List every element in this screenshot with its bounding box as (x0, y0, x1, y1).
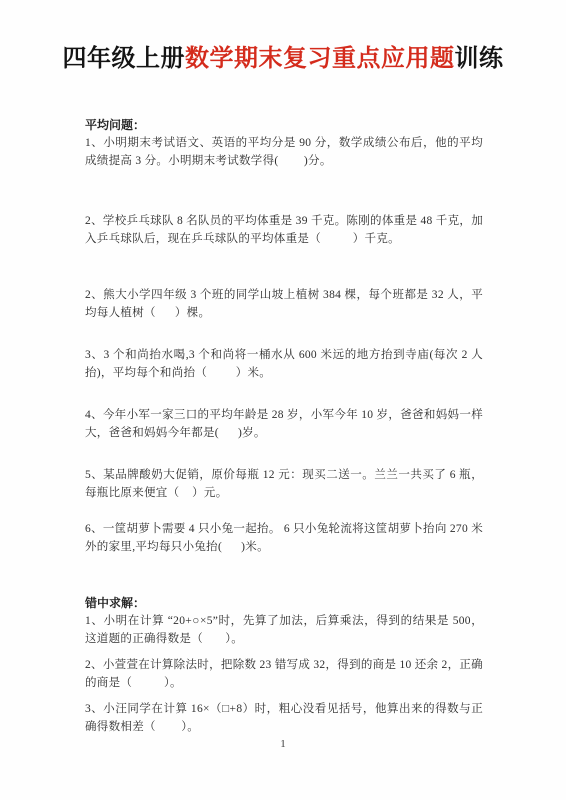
worksheet-content: 平均问题： 1、小明期末考试语文、英语的平均分是 90 分，数学成绩公布后，他的… (0, 116, 566, 736)
question-err-3: 3、小汪同学在计算 16×（□+8）时，粗心没看见括号，他算出来的得数与正确得数… (85, 700, 483, 736)
page-title-suffix: 训练 (455, 45, 504, 72)
page-number: 1 (0, 738, 566, 750)
question-avg-6: 5、某品牌酸奶大促销，原价每瓶 12 元：现买二送一。兰兰一共买了 6 瓶，每瓶… (85, 466, 483, 502)
question-avg-3: 2、熊大小学四年级 3 个班的同学山坡上植树 384 棵，每个班都是 32 人，… (85, 286, 483, 322)
question-avg-1: 1、小明期末考试语文、英语的平均分是 90 分，数学成绩公布后，他的平均成绩提高… (85, 134, 483, 170)
question-avg-2: 2、学校乒乓球队 8 名队员的平均体重是 39 千克。陈刚的体重是 48 千克，… (85, 212, 483, 248)
question-avg-5: 4、今年小军一家三口的平均年龄是 28 岁，小军今年 10 岁，爸爸和妈妈一样大… (85, 406, 483, 442)
page-title: 四年级上册数学期末复习重点应用题训练 (0, 44, 566, 74)
page-title-highlight: 数学期末复习重点应用题 (185, 45, 455, 72)
section-heading-errors: 错中求解： (85, 594, 483, 612)
question-avg-7: 6、一筐胡萝卜需要 4 只小兔一起抬。 6 只小兔轮流将这筐胡萝卜抬向 270 … (85, 520, 483, 556)
question-err-1: 1、小明在计算 “20+○×5”时，先算了加法，后算乘法，得到的结果是 500，… (85, 612, 483, 648)
section-error-solving: 错中求解： 1、小明在计算 “20+○×5”时，先算了加法，后算乘法，得到的结果… (85, 594, 483, 736)
section-heading-average: 平均问题： (85, 116, 483, 134)
question-avg-4: 3、3 个和尚抬水喝,3 个和尚将一桶水从 600 米远的地方抬到寺庙(每次 2… (85, 346, 483, 382)
worksheet-page: 四年级上册数学期末复习重点应用题训练 平均问题： 1、小明期末考试语文、英语的平… (0, 0, 566, 800)
section-average-problems: 平均问题： 1、小明期末考试语文、英语的平均分是 90 分，数学成绩公布后，他的… (85, 116, 483, 556)
question-err-2: 2、小萱萱在计算除法时，把除数 23 错写成 32，得到的商是 10 还余 2，… (85, 656, 483, 692)
page-title-prefix: 四年级上册 (63, 45, 186, 72)
